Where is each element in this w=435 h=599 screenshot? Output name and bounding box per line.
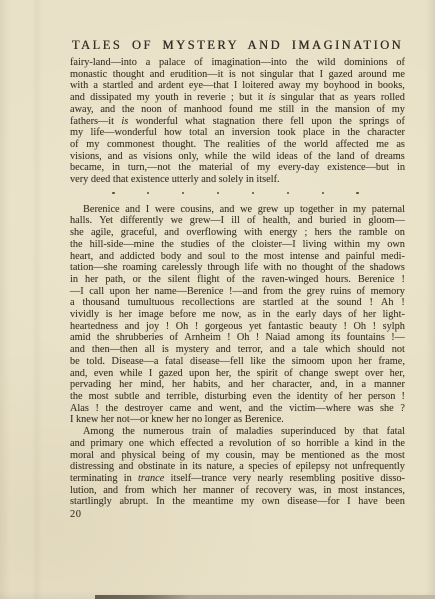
book-page-photo: { "page": { "header": "TALES OF MYSTERY …	[0, 0, 435, 599]
paragraph: fairy-land—intoapalaceofimagination—into…	[70, 57, 405, 186]
text-line: startlinglyabrupt.Inthemeantimemyowndise…	[70, 496, 405, 508]
separator-dot	[182, 192, 185, 195]
text-line: became,inturn,—notthematerialofmyevery-d…	[70, 162, 405, 174]
running-head: TALES OF MYSTERY AND IMAGINATION	[70, 38, 405, 53]
gutter-crease	[32, 0, 42, 599]
separator-dot	[252, 192, 255, 195]
text-line: heart,andaddictedbodyandsoultothemostint…	[70, 251, 405, 263]
text-line: sheagile,graceful,andoverflowingwithener…	[70, 227, 405, 239]
text-line: —Icalluponhername—Berenice!—andfromthegr…	[70, 286, 405, 298]
text-line: moralandphysicalbeingofmycousin,maybemen…	[70, 450, 405, 462]
text-line: athousandtumultuousrecollectionsarestart…	[70, 297, 405, 309]
text-line: and,evenwhileIgazeduponher,thespiritofch…	[70, 368, 405, 380]
text-line: heartednessandjoy!Oh!gorgeousyetfantasti…	[70, 321, 405, 333]
text-line: Amongthenumeroustrainofmaladiessuperindu…	[70, 426, 405, 438]
separator-dot	[147, 192, 150, 195]
separator-dot	[112, 192, 115, 195]
text-line: andprimaryonewhicheffectedarevolutionofs…	[70, 438, 405, 450]
text-line: away,andthenoonofmanhoodfoundmestillinth…	[70, 104, 405, 116]
page-text: fairy-land—intoapalaceofimagination—into…	[70, 57, 405, 508]
printed-page: TALES OF MYSTERY AND IMAGINATION fairy-l…	[70, 38, 405, 520]
text-line: pervadinghermind,herhabits,andhercharact…	[70, 379, 405, 391]
text-line: inherpath,orthesilentflightoftheraven-wi…	[70, 274, 405, 286]
paragraph: Amongthenumeroustrainofmaladiessuperindu…	[70, 426, 405, 508]
text-line: fairy-land—intoapalaceofimagination—into…	[70, 57, 405, 69]
text-line: withastartledandardenteye—thatIloitereda…	[70, 80, 405, 92]
text-line: amidtheshrubberiesofArnheim!Oh!Naiadamon…	[70, 332, 405, 344]
text-line: Alas!thedestroyercameandwent,andthevicti…	[70, 403, 405, 415]
text-line: themostsubtleandterrible,disturbingevent…	[70, 391, 405, 403]
text-line: lution,andfromwhichhermannerofrecoverywa…	[70, 485, 405, 497]
text-line: very deed that existence utterly and sol…	[70, 174, 405, 186]
text-line: thehill-side—minethestudiesofthecloister…	[70, 239, 405, 251]
separator-dot	[356, 192, 359, 195]
separator-dot	[287, 192, 290, 195]
page-bottom-edge	[95, 595, 435, 599]
text-line: andthen—thenallismysteryandterror,andata…	[70, 344, 405, 356]
page-number: 20	[70, 509, 405, 520]
text-line: halls.Yetdifferentlywegrew—Iillofhealth,…	[70, 215, 405, 227]
text-line: monasticthoughtanderudition—itisnotsingu…	[70, 69, 405, 81]
text-line: terminatingintranceitself—tranceverynear…	[70, 473, 405, 485]
text-line: visions,andasvisionsonly,whilethewildide…	[70, 151, 405, 163]
paragraph: BereniceandIwerecousins,andwegrewuptoget…	[70, 204, 405, 426]
text-line: betold.Disease—afataldisease—felllikethe…	[70, 356, 405, 368]
text-line: anddissipatedmyyouthinreverie;butitissin…	[70, 92, 405, 104]
separator-dot	[217, 192, 220, 195]
text-line: ofmycommonestthought.Therealitiesofthewo…	[70, 139, 405, 151]
text-line: tation—sheroamingcarelesslythroughlifewi…	[70, 262, 405, 274]
text-line: vividlyisherimagebeforemenow,asintheearl…	[70, 309, 405, 321]
section-separator	[70, 192, 405, 195]
text-line: mylife—wonderfulhowtotalaninversiontookp…	[70, 127, 405, 139]
text-line: fathers—itiswonderfulwhatstagnationthere…	[70, 116, 405, 128]
text-line: BereniceandIwerecousins,andwegrewuptoget…	[70, 204, 405, 216]
separator-dot	[322, 192, 325, 195]
text-line: I knew her not—or knew her no longer as …	[70, 414, 405, 426]
text-line: distressingandobstinateinitsnature,aspec…	[70, 461, 405, 473]
